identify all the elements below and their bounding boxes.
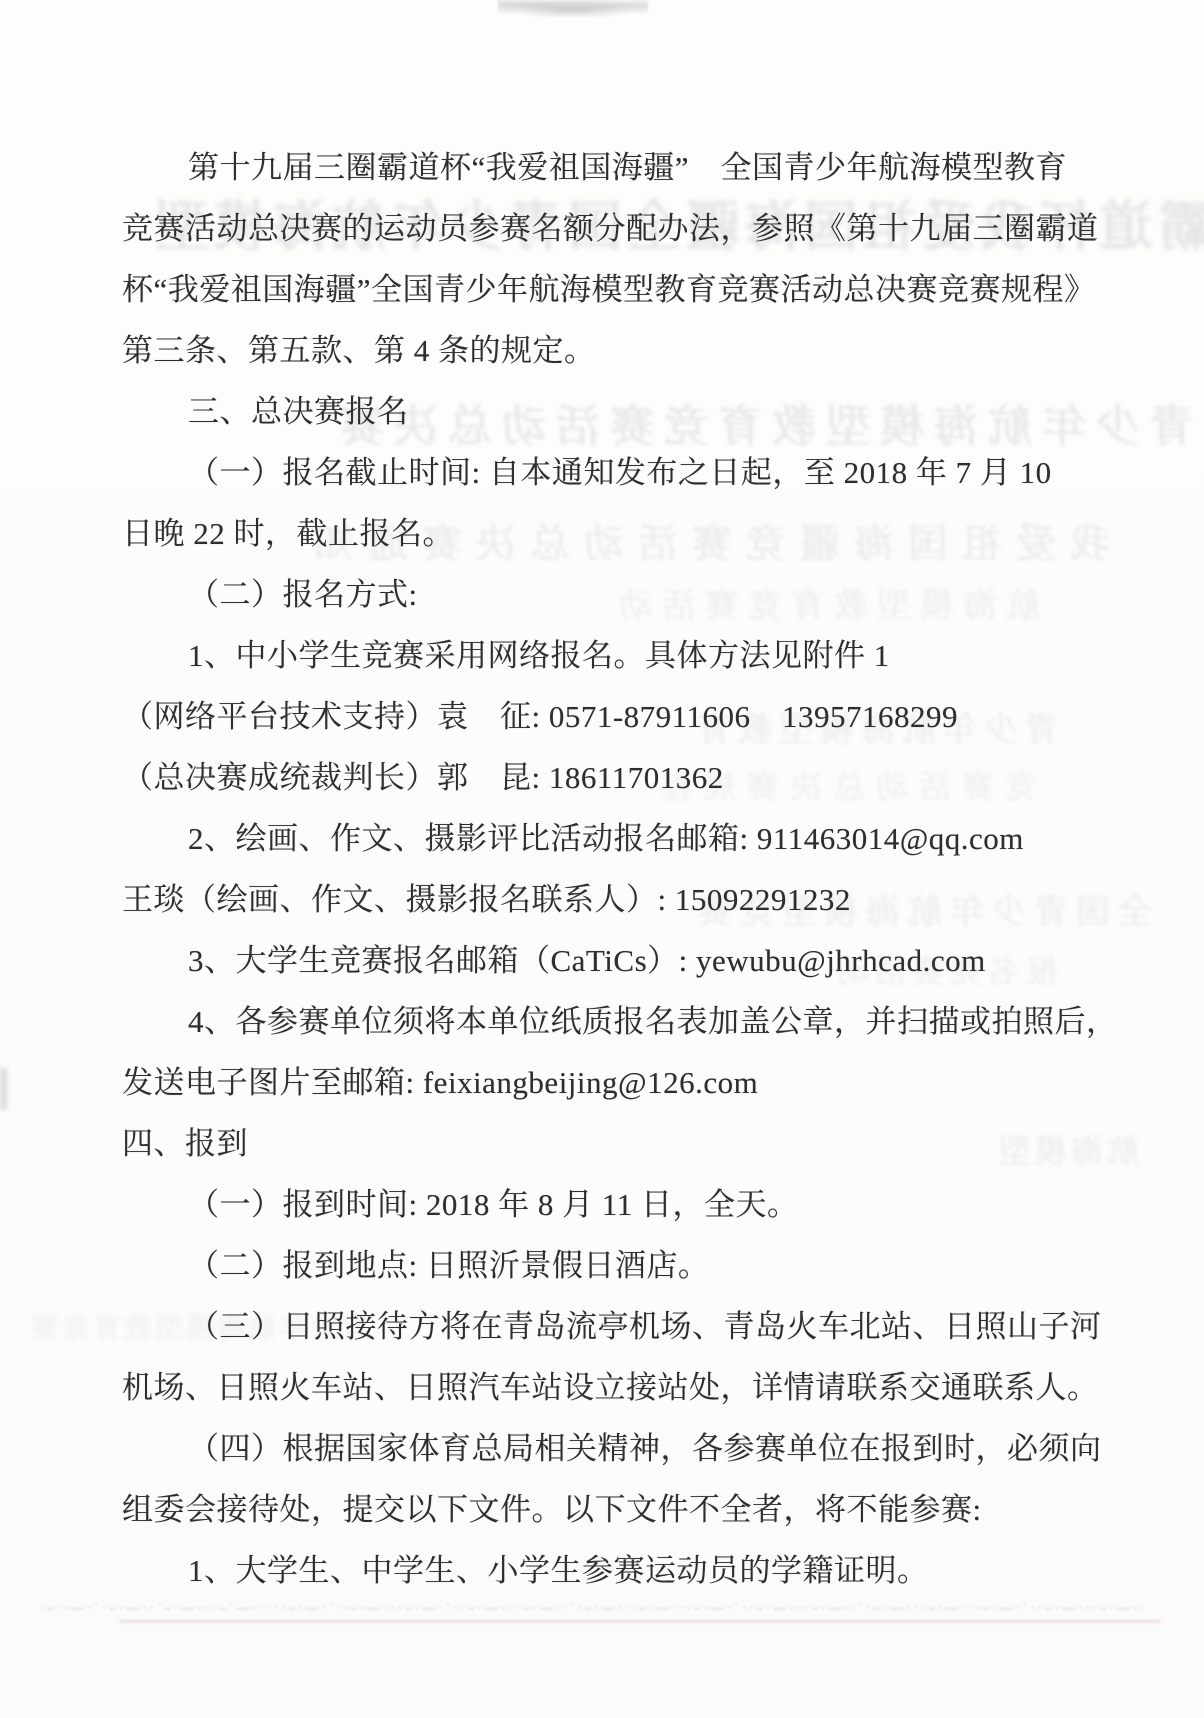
text-line: 机场、日照火车站、日照汽车站设立接站处，详情请联系交通联系人。 xyxy=(122,1357,1112,1418)
text-line: 王琰（绘画、作文、摄影报名联系人）: 15092291232 xyxy=(122,869,1112,930)
text-line: 第三条、第五款、第 4 条的规定。 xyxy=(122,320,1112,381)
scan-smudge-left-artifact xyxy=(0,1068,7,1110)
scan-streak-tint-artifact xyxy=(120,1620,1160,1623)
text-line: 2、绘画、作文、摄影评比活动报名邮箱: 911463014@qq.com xyxy=(122,808,1112,869)
text-line: 第十九届三圈霸道杯“我爱祖国海疆” 全国青少年航海模型教育 xyxy=(122,137,1112,198)
text-line: 竞赛活动总决赛的运动员参赛名额分配办法，参照《第十九届三圈霸道 xyxy=(122,198,1112,259)
text-line: 1、大学生、中学生、小学生参赛运动员的学籍证明。 xyxy=(122,1540,1112,1601)
scanned-document-page: 第十九届三圈霸道杯我爱祖国海疆全国青少年航海模型 全国青少年航海模型教育竞赛活动… xyxy=(0,0,1204,1718)
text-line: （二）报名方式: xyxy=(122,564,1112,625)
text-line: 日晚 22 时，截止报名。 xyxy=(122,503,1112,564)
text-line: （三）日照接待方将在青岛流亭机场、青岛火车北站、日照山子河 xyxy=(122,1296,1112,1357)
text-line: （二）报到地点: 日照沂景假日酒店。 xyxy=(122,1235,1112,1296)
document-body: 第十九届三圈霸道杯“我爱祖国海疆” 全国青少年航海模型教育 竞赛活动总决赛的运动… xyxy=(122,137,1112,1601)
text-line: 杯“我爱祖国海疆”全国青少年航海模型教育竞赛活动总决赛竞赛规程》 xyxy=(122,259,1112,320)
text-line: （一）报名截止时间: 自本通知发布之日起，至 2018 年 7 月 10 xyxy=(122,442,1112,503)
text-line: 三、总决赛报名 xyxy=(122,381,1112,442)
text-line: （四）根据国家体育总局相关精神，各参赛单位在报到时，必须向 xyxy=(122,1418,1112,1479)
text-line: （一）报到时间: 2018 年 8 月 11 日，全天。 xyxy=(122,1174,1112,1235)
text-line: 4、各参赛单位须将本单位纸质报名表加盖公章，并扫描或拍照后， xyxy=(122,991,1112,1052)
text-line: 四、报到 xyxy=(122,1113,1112,1174)
text-line: 3、大学生竞赛报名邮箱（CaTiCs）: yewubu@jhrhcad.com xyxy=(122,930,1112,991)
text-line: 发送电子图片至邮箱: feixiangbeijing@126.com xyxy=(122,1052,1112,1113)
text-line: （网络平台技术支持）袁 征: 0571-87911606 13957168299 xyxy=(122,686,1112,747)
text-line: 组委会接待处，提交以下文件。以下文件不全者，将不能参赛: xyxy=(122,1479,1112,1540)
text-line: 1、中小学生竞赛采用网络报名。具体方法见附件 1 xyxy=(122,625,1112,686)
text-line: （总决赛成统裁判长）郭 昆: 18611701362 xyxy=(122,747,1112,808)
scan-smudge-top-artifact xyxy=(498,0,648,17)
